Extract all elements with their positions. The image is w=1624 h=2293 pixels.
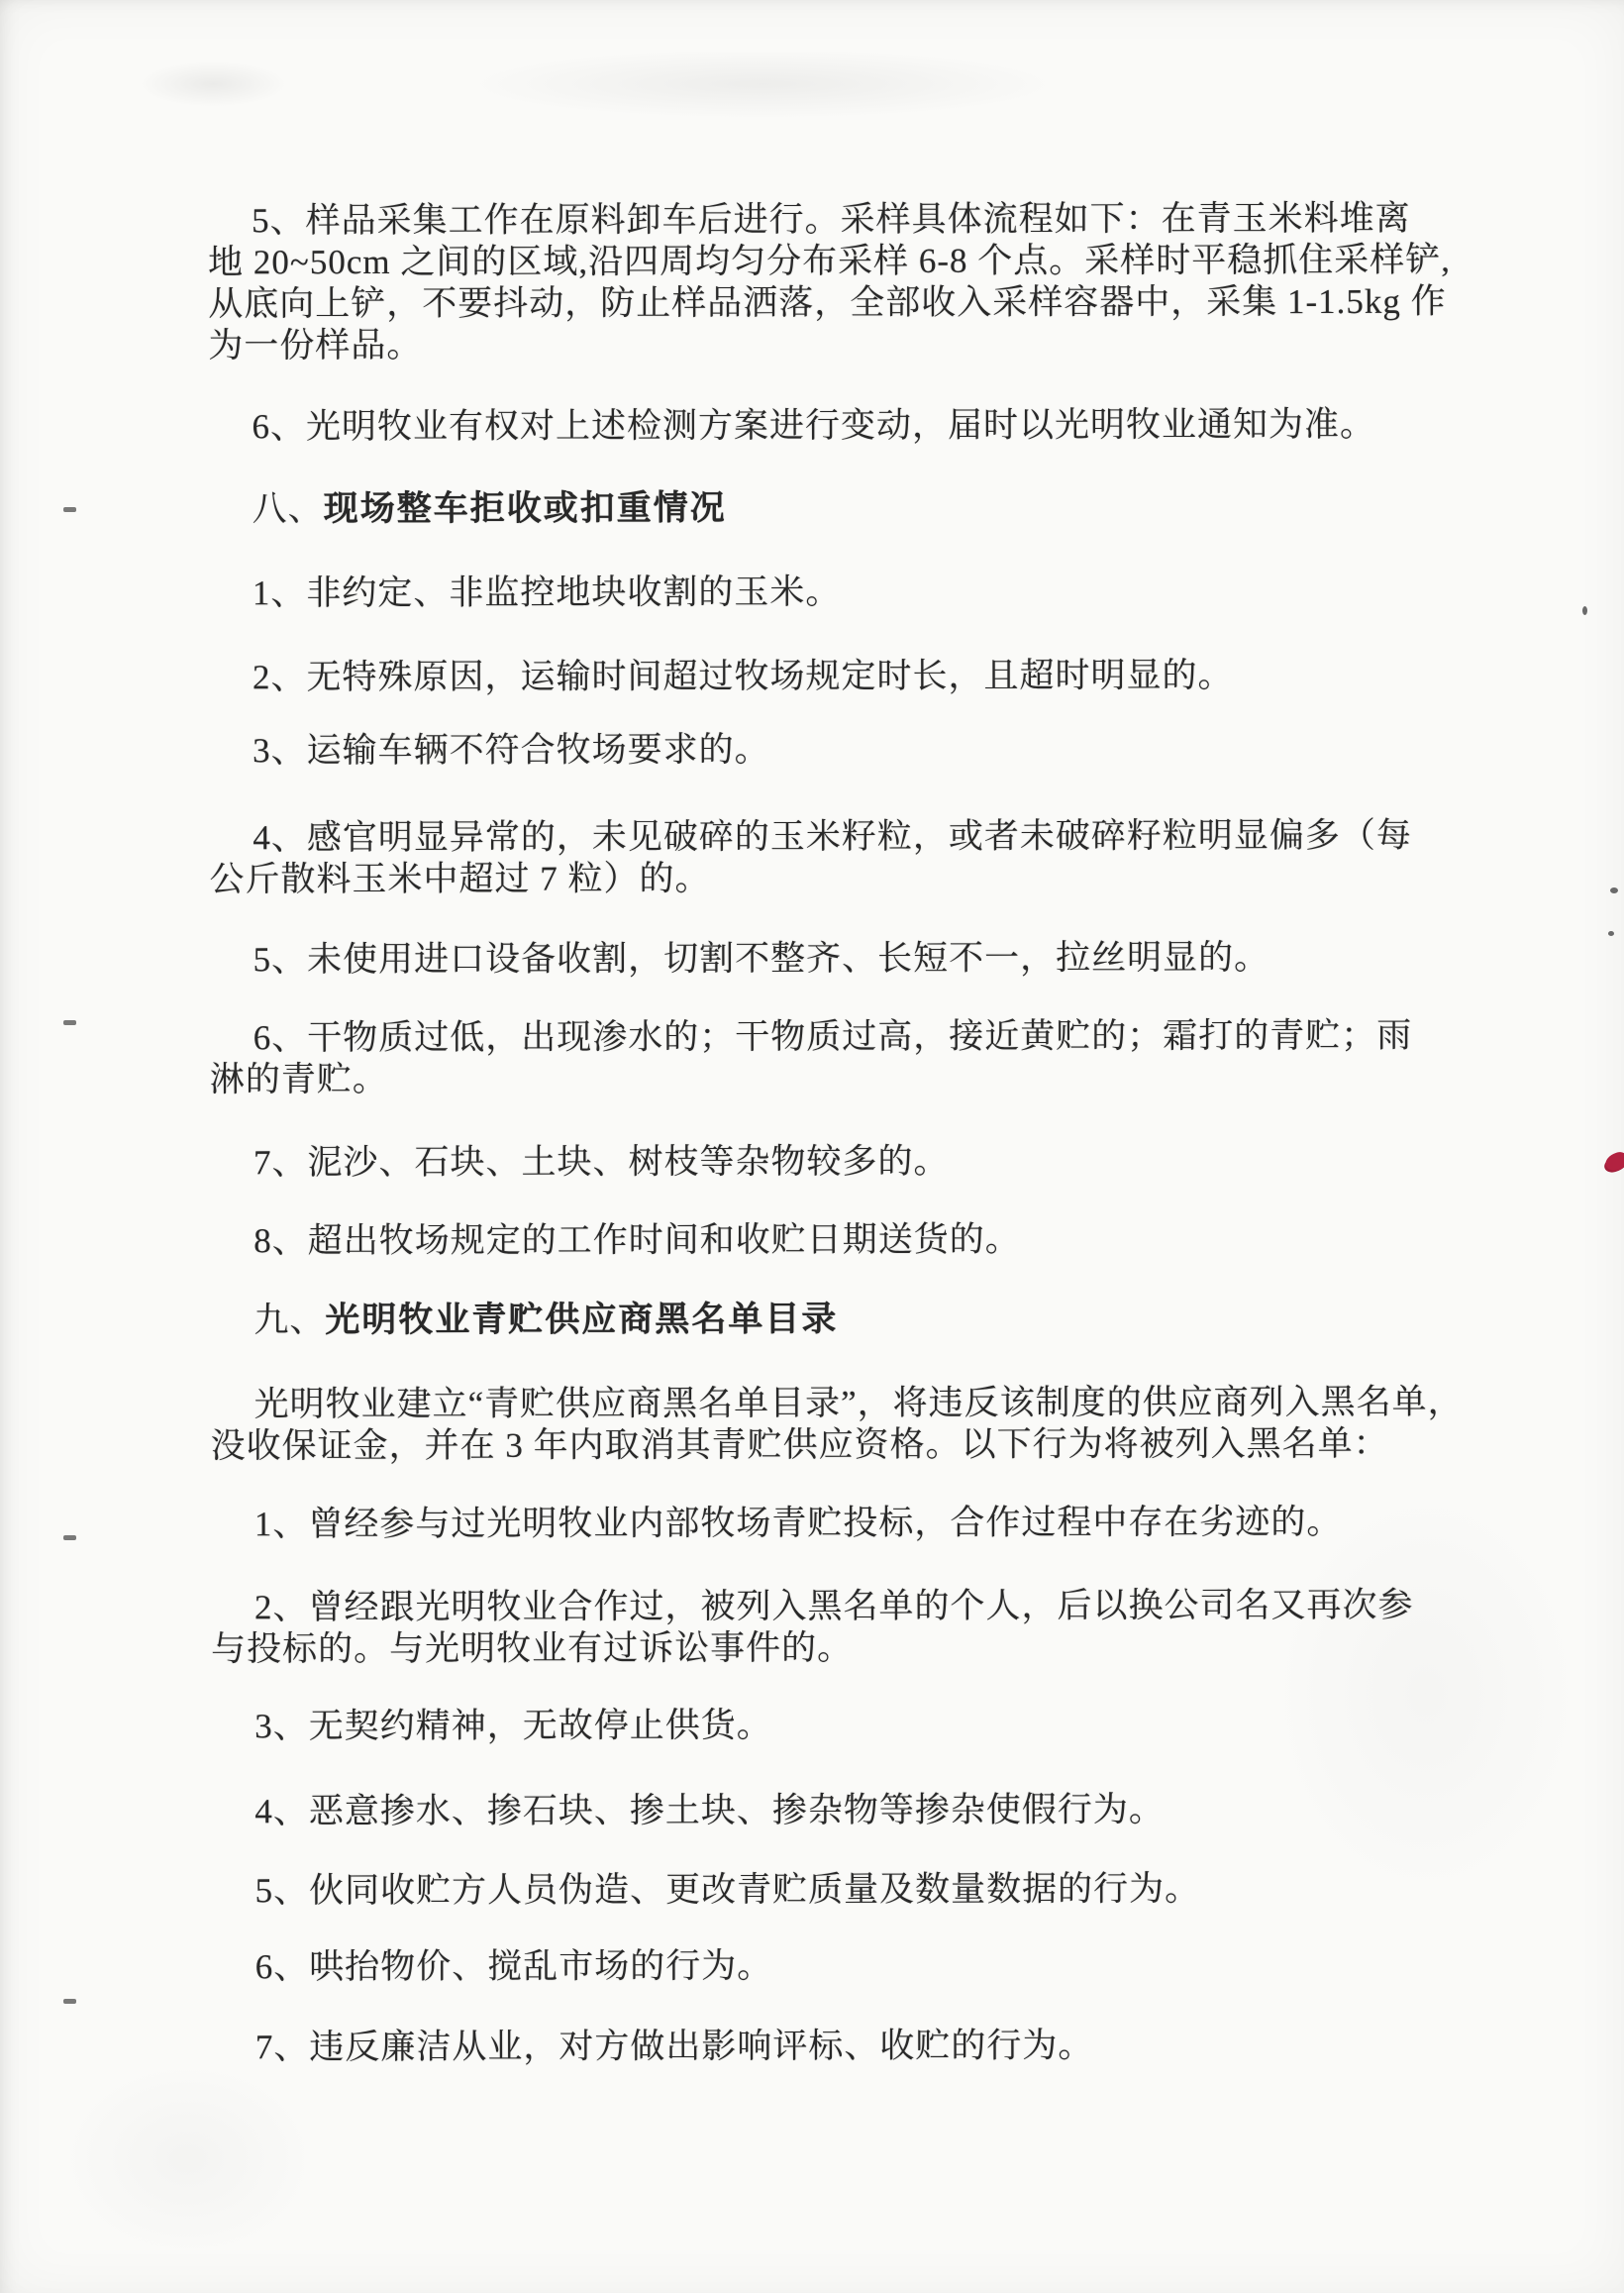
list-item: 7、违反廉洁从业，对方做出影响评标、收贮的行为。 [212, 2025, 1094, 2068]
section-heading-8: 八、现场整车拒收或扣重情况 [209, 487, 727, 530]
text-line: 8、超出牧场规定的工作时间和收贮日期送货的。 [210, 1219, 1021, 1263]
list-item: 2、曾经跟光明牧业合作过，被列入黑名单的个人，后以换公司名又再次参 与投标的。与… [211, 1585, 1414, 1671]
text-line: 为一份样品。 [208, 323, 1451, 367]
list-item: 5、伙同收贮方人员伪造、更改青贮质量及数量数据的行为。 [212, 1868, 1201, 1912]
paragraph-sample-collection: 5、样品采集工作在原料卸车后进行。采样具体流程如下：在青玉米料堆离 地 20~5… [208, 198, 1451, 367]
list-item: 4、感官明显异常的，未见破碎的玉米籽粒，或者未破碎籽粒明显偏多（每 公斤散料玉米… [209, 815, 1412, 901]
pencil-dot [63, 507, 76, 512]
pencil-dot [63, 1999, 76, 2004]
document-page: 5、样品采集工作在原料卸车后进行。采样具体流程如下：在青玉米料堆离 地 20~5… [0, 0, 1624, 2293]
text-line: 6、干物质过低，出现渗水的；干物质过高，接近黄贮的；霜打的青贮；雨 [210, 1015, 1413, 1060]
text-line: 5、伙同收贮方人员伪造、更改青贮质量及数量数据的行为。 [212, 1868, 1201, 1912]
scan-speck [1608, 931, 1614, 936]
text-line: 3、运输车辆不符合牧场要求的。 [209, 729, 770, 772]
text-line: 没收保证金，并在 3 年内取消其青贮供应资格。以下行为将被列入黑名单： [211, 1423, 1464, 1468]
list-item: 8、超出牧场规定的工作时间和收贮日期送货的。 [210, 1219, 1021, 1263]
list-item: 3、无契约精神，无故停止供货。 [211, 1705, 772, 1747]
text-line: 5、样品采集工作在原料卸车后进行。采样具体流程如下：在青玉米料堆离 [208, 198, 1451, 243]
text-line: 5、未使用进口设备收割，切割不整齐、长短不一，拉丝明显的。 [210, 937, 1270, 981]
list-item: 6、干物质过低，出现渗水的；干物质过高，接近黄贮的；霜打的青贮；雨 淋的青贮。 [210, 1015, 1413, 1101]
list-item: 7、泥沙、石块、土块、树枝等杂物较多的。 [210, 1141, 950, 1185]
paragraph-blacklist-intro: 光明牧业建立“青贮供应商黑名单目录”，将违反该制度的供应商列入黑名单， 没收保证… [211, 1382, 1464, 1468]
list-item: 2、无特殊原因，运输时间超过牧场规定时长，且超时明显的。 [209, 655, 1234, 698]
section-number: 八、 [253, 489, 324, 528]
paragraph-plan-change: 6、光明牧业有权对上述检测方案进行变动，届时以光明牧业通知为准。 [208, 404, 1375, 448]
text-line: 3、无契约精神，无故停止供货。 [211, 1705, 772, 1747]
text-line: 2、无特殊原因，运输时间超过牧场规定时长，且超时明显的。 [209, 655, 1234, 698]
text-line: 淋的青贮。 [210, 1057, 1413, 1101]
list-item: 1、曾经参与过光明牧业内部牧场青贮投标，合作过程中存在劣迹的。 [211, 1502, 1343, 1545]
list-item: 5、未使用进口设备收割，切割不整齐、长短不一，拉丝明显的。 [210, 937, 1270, 981]
text-line: 7、泥沙、石块、土块、树枝等杂物较多的。 [210, 1141, 950, 1185]
list-item: 3、运输车辆不符合牧场要求的。 [209, 729, 770, 772]
text-line: 与投标的。与光明牧业有过诉讼事件的。 [211, 1626, 1414, 1671]
text-line: 4、恶意掺水、掺石块、掺土块、掺杂物等掺杂使假行为。 [211, 1789, 1165, 1832]
text-line: 从底向上铲，不要抖动，防止样品洒落，全部收入采样容器中，采集 1-1.5kg 作 [208, 281, 1451, 326]
section-title: 光明牧业青贮供应商黑名单目录 [325, 1300, 838, 1339]
section-number: 九、 [254, 1301, 325, 1339]
pencil-dot [63, 1020, 76, 1025]
text-line: 光明牧业建立“青贮供应商黑名单目录”，将违反该制度的供应商列入黑名单， [211, 1382, 1464, 1426]
list-item: 1、非约定、非监控地块收割的玉米。 [209, 572, 842, 614]
scan-speck [1582, 606, 1587, 615]
text-line: 1、曾经参与过光明牧业内部牧场青贮投标，合作过程中存在劣迹的。 [211, 1502, 1343, 1545]
text-line: 7、违反廉洁从业，对方做出影响评标、收贮的行为。 [212, 2025, 1094, 2068]
text-line: 公斤散料玉米中超过 7 粒）的。 [209, 857, 1412, 901]
text-line: 地 20~50cm 之间的区域,沿四周均匀分布采样 6-8 个点。采样时平稳抓住… [208, 240, 1451, 284]
list-item: 4、恶意掺水、掺石块、掺土块、掺杂物等掺杂使假行为。 [211, 1789, 1165, 1832]
text-line: 6、光明牧业有权对上述检测方案进行变动，届时以光明牧业通知为准。 [208, 404, 1375, 448]
list-item: 6、哄抬物价、搅乱市场的行为。 [212, 1945, 773, 1988]
text-line: 6、哄抬物价、搅乱市场的行为。 [212, 1945, 773, 1988]
red-ink-mark [1603, 1150, 1624, 1174]
pencil-dot [63, 1535, 76, 1540]
text-line: 4、感官明显异常的，未见破碎的玉米籽粒，或者未破碎籽粒明显偏多（每 [209, 815, 1412, 860]
document-body: 5、样品采集工作在原料卸车后进行。采样具体流程如下：在青玉米料堆离 地 20~5… [208, 0, 1490, 2293]
section-title: 现场整车拒收或扣重情况 [324, 488, 727, 528]
section-heading-9: 九、光明牧业青贮供应商黑名单目录 [210, 1299, 838, 1341]
text-line: 2、曾经跟光明牧业合作过，被列入黑名单的个人，后以换公司名又再次参 [211, 1585, 1414, 1629]
scan-speck [1610, 887, 1618, 893]
text-line: 1、非约定、非监控地块收割的玉米。 [209, 572, 842, 614]
